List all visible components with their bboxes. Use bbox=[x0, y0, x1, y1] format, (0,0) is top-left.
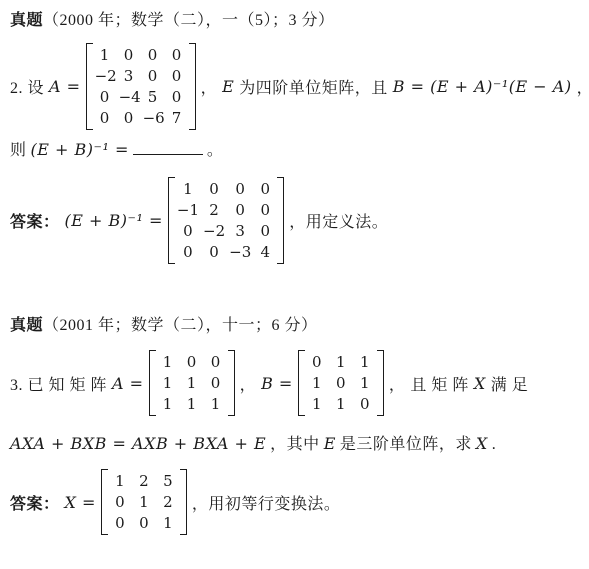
matrix-cell: 0 bbox=[110, 492, 130, 512]
problem2-statement: 2. 设 A = 1000−23000−45000−67 ， E 为四阶单位矩阵… bbox=[10, 42, 577, 131]
problem2-e-var: E bbox=[222, 77, 234, 96]
matrix-cell: 0 bbox=[95, 87, 115, 107]
matrix-cell: 0 bbox=[255, 179, 275, 199]
problem2-header-text: （2000 年；数学（二），一（5）；3 分） bbox=[43, 12, 335, 29]
problem3-statement: 3. 已 知 矩 阵 A = 100110111 ， B = 011101110… bbox=[10, 349, 577, 417]
matrix-cell: −4 bbox=[119, 87, 139, 107]
matrix-cell: 0 bbox=[229, 200, 251, 220]
matrix-cell: 1 bbox=[158, 394, 178, 414]
matrix-cell: 1 bbox=[95, 45, 115, 65]
problem2-answer: 答案： (E + B)⁻¹ = 1000−12000−23000−34 ，用定义… bbox=[10, 176, 577, 265]
problem2-header-label: 真题 bbox=[10, 12, 43, 29]
problem2-then-formula: (E + B)⁻¹ = bbox=[31, 140, 129, 159]
problem2-comma1: ， bbox=[201, 75, 218, 98]
matrix-cell: 0 bbox=[307, 352, 327, 372]
matrix-cell: 0 bbox=[255, 221, 275, 241]
problem2-then-word: 则 bbox=[10, 137, 27, 160]
matrix-cell: 1 bbox=[134, 492, 154, 512]
matrix-cell: −2 bbox=[203, 221, 225, 241]
matrix-cell: −6 bbox=[143, 108, 163, 128]
problem2-comma2: ， bbox=[577, 75, 589, 98]
matrix-cell: 1 bbox=[182, 373, 202, 393]
problem2-unit-text: 为四阶单位矩阵，且 bbox=[239, 75, 388, 98]
matrix-cell: 4 bbox=[255, 242, 275, 262]
matrix-cell: 1 bbox=[331, 352, 351, 372]
problem3-x-var: X bbox=[474, 374, 486, 393]
problem3-header: 真题（2001 年；数学（二），十一；6 分） bbox=[10, 315, 577, 337]
problem3-answer: 答案： X = 125012001 ，用初等行变换法。 bbox=[10, 468, 577, 536]
matrix-cell: 2 bbox=[203, 200, 225, 220]
matrix-cell: 0 bbox=[143, 66, 163, 86]
matrix-cell: 0 bbox=[95, 108, 115, 128]
problem3-matrix-b: 011101110 bbox=[298, 349, 384, 417]
problem2-number: 2. 设 bbox=[10, 75, 44, 98]
problem3-eq-mid: ，其中 bbox=[270, 431, 320, 454]
problem3-answer-matrix: 125012001 bbox=[101, 468, 187, 536]
matrix-cell: 0 bbox=[177, 242, 199, 262]
problem3-answer-method: ，用初等行变换法。 bbox=[192, 491, 341, 514]
problem2-answer-label: 答案： bbox=[10, 209, 60, 232]
matrix-cell: 1 bbox=[110, 471, 130, 491]
matrix-cell: 1 bbox=[331, 394, 351, 414]
matrix-cell: 0 bbox=[167, 87, 187, 107]
problem3-answer-label: 答案： bbox=[10, 491, 60, 514]
problem2-matrix-a-grid: 1000−23000−45000−67 bbox=[95, 45, 187, 128]
matrix-cell: 0 bbox=[167, 45, 187, 65]
problem2-answer-method: ，用定义法。 bbox=[289, 209, 388, 232]
matrix-cell: 5 bbox=[143, 87, 163, 107]
matrix-cell: 0 bbox=[177, 221, 199, 241]
matrix-cell: 0 bbox=[119, 45, 139, 65]
problem3-answer-lhs: X = bbox=[65, 493, 96, 512]
document-page: 真题（2000 年；数学（二），一（5）；3 分） 2. 设 A = 1000−… bbox=[0, 0, 589, 536]
problem2-then-period: 。 bbox=[207, 137, 224, 160]
problem2-header: 真题（2000 年；数学（二），一（5）；3 分） bbox=[10, 10, 577, 32]
problem2-question-line: 则 (E + B)⁻¹ = 。 bbox=[10, 137, 577, 160]
problem2-answer-matrix-grid: 1000−12000−23000−34 bbox=[177, 179, 275, 262]
problem3-answer-matrix-grid: 125012001 bbox=[110, 471, 178, 533]
problem3-number: 3. 已 知 矩 阵 bbox=[10, 372, 107, 395]
problem3-comma1: ， bbox=[240, 372, 257, 395]
matrix-cell: 0 bbox=[203, 179, 225, 199]
matrix-cell: 5 bbox=[158, 471, 178, 491]
problem2-answer-lhs: (E + B)⁻¹ = bbox=[65, 211, 163, 230]
matrix-cell: 0 bbox=[331, 373, 351, 393]
matrix-cell: 0 bbox=[167, 66, 187, 86]
matrix-cell: 0 bbox=[229, 179, 251, 199]
matrix-cell: 2 bbox=[134, 471, 154, 491]
matrix-cell: −3 bbox=[229, 242, 251, 262]
matrix-cell: 0 bbox=[203, 242, 225, 262]
matrix-cell: 1 bbox=[206, 394, 226, 414]
matrix-cell: 1 bbox=[158, 373, 178, 393]
problem2-answer-blank bbox=[133, 140, 203, 155]
problem2-b-formula: B = (E + A)⁻¹(E − A) bbox=[393, 77, 572, 96]
problem3-tail-text1: 且 矩 阵 bbox=[410, 372, 469, 395]
matrix-cell: 1 bbox=[177, 179, 199, 199]
problem3-matrix-b-grid: 011101110 bbox=[307, 352, 375, 414]
matrix-cell: 1 bbox=[182, 394, 202, 414]
problem3-header-label: 真题 bbox=[10, 317, 43, 334]
problem3-eq-text: 是三阶单位阵，求 bbox=[340, 431, 472, 454]
matrix-cell: 7 bbox=[167, 108, 187, 128]
matrix-cell: 1 bbox=[158, 352, 178, 372]
problem3-header-text: （2001 年；数学（二），十一；6 分） bbox=[43, 317, 318, 334]
problem3-matrix-b-lhs: B = bbox=[261, 374, 293, 393]
matrix-cell: 0 bbox=[143, 45, 163, 65]
matrix-cell: 1 bbox=[355, 352, 375, 372]
matrix-cell: 2 bbox=[158, 492, 178, 512]
problem3-matrix-a-lhs: A = bbox=[112, 374, 144, 393]
matrix-cell: 0 bbox=[182, 352, 202, 372]
problem3-matrix-a-grid: 100110111 bbox=[158, 352, 226, 414]
matrix-cell: 3 bbox=[229, 221, 251, 241]
problem2-matrix-a-lhs: A = bbox=[49, 77, 81, 96]
problem3-equation-line: AXA + BXB = AXB + BXA + E ，其中 E 是三阶单位阵，求… bbox=[10, 431, 577, 454]
matrix-cell: 1 bbox=[307, 373, 327, 393]
problem3-tail-text2: 满 足 bbox=[491, 372, 529, 395]
matrix-cell: 0 bbox=[119, 108, 139, 128]
matrix-cell: 0 bbox=[355, 394, 375, 414]
problem3-matrix-a: 100110111 bbox=[149, 349, 235, 417]
matrix-cell: 1 bbox=[307, 394, 327, 414]
matrix-cell: 0 bbox=[110, 513, 130, 533]
problem3-eq-period: . bbox=[492, 436, 497, 454]
matrix-cell: 0 bbox=[255, 200, 275, 220]
matrix-cell: −2 bbox=[95, 66, 115, 86]
problem3-x-var2: X bbox=[476, 434, 488, 453]
matrix-cell: 0 bbox=[134, 513, 154, 533]
matrix-cell: 1 bbox=[158, 513, 178, 533]
problem2-matrix-a: 1000−23000−45000−67 bbox=[86, 42, 196, 131]
problem3-e-var: E bbox=[324, 434, 336, 453]
matrix-cell: 0 bbox=[206, 373, 226, 393]
problem3-comma2: ， bbox=[389, 372, 406, 395]
problem3-equation: AXA + BXB = AXB + BXA + E bbox=[10, 434, 266, 453]
matrix-cell: 1 bbox=[355, 373, 375, 393]
problem2-answer-matrix: 1000−12000−23000−34 bbox=[168, 176, 284, 265]
matrix-cell: 0 bbox=[206, 352, 226, 372]
matrix-cell: −1 bbox=[177, 200, 199, 220]
matrix-cell: 3 bbox=[119, 66, 139, 86]
